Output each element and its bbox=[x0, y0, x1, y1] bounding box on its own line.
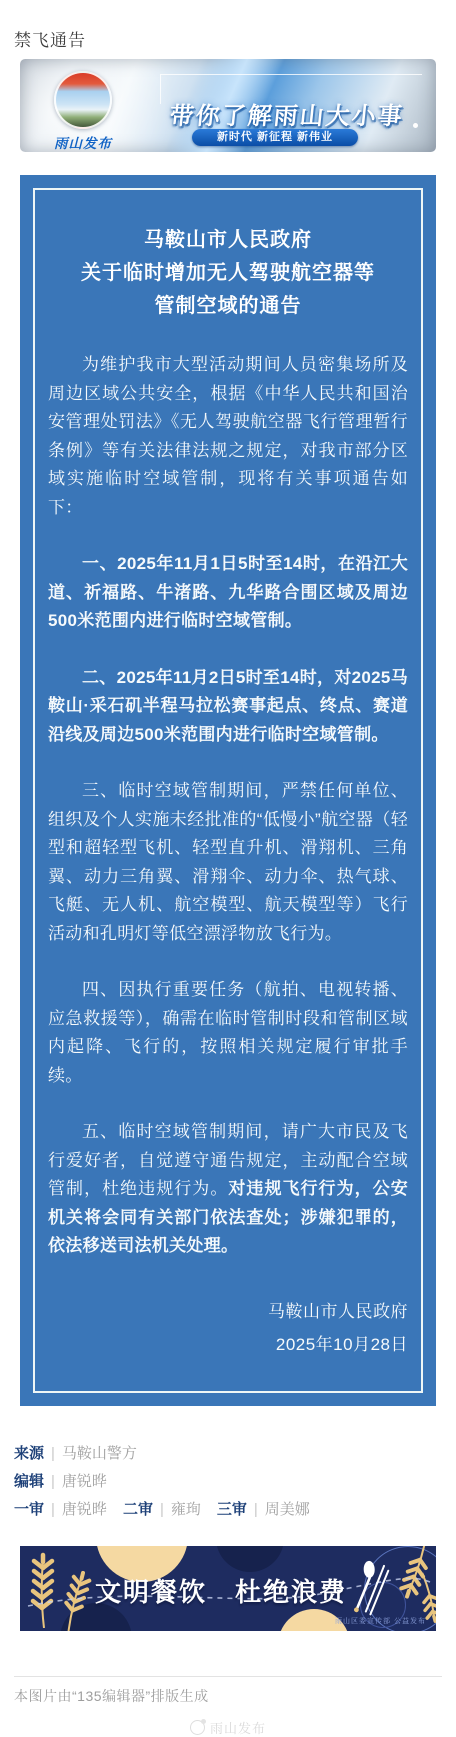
meta-editor-value: 唐锐晔 bbox=[62, 1468, 107, 1496]
notice-intro-paragraph: 为维护我市大型活动期间人员密集场所及周边区域公共安全，根据《中华人民共和国治安管… bbox=[48, 351, 408, 522]
hero-logo-label: 雨山发布 bbox=[44, 132, 122, 152]
meta-separator: | bbox=[51, 1440, 55, 1468]
meta-review3-label: 三审 bbox=[217, 1496, 247, 1524]
meta-review3-value: 周美娜 bbox=[265, 1496, 310, 1524]
signature-authority: 马鞍山市人民政府 bbox=[48, 1295, 408, 1328]
meta-source-row: 来源 | 马鞍山警方 bbox=[14, 1440, 442, 1468]
notice-item-3: 三、临时空域管制期间，严禁任何单位、组织及个人实施未经批准的“低慢小”航空器（轻… bbox=[48, 777, 408, 948]
hero-banner: 雨山发布 带你了解雨山大小事 新时代 新征程 新伟业 bbox=[20, 59, 436, 152]
notice-item-1: 一、2025年11月1日5时至14时，在沿江大道、祈福路、牛渚路、九华路合围区域… bbox=[48, 550, 408, 636]
notice-title-line3: 管制空域的通告 bbox=[48, 290, 408, 323]
watermark: 雨山发布 bbox=[0, 1718, 456, 1737]
meta-review1-value: 唐锐晔 bbox=[62, 1496, 107, 1524]
meta-review2-label: 二审 bbox=[123, 1496, 153, 1524]
hero-slogan: 带你了解雨山大小事 bbox=[168, 96, 406, 131]
notice-item-2: 二、2025年11月2日5时至14时，对2025马鞍山·采石矶半程马拉松赛事起点… bbox=[48, 664, 408, 750]
hero-dot-decoration bbox=[413, 123, 418, 128]
yushan-release-logo-icon bbox=[54, 71, 112, 129]
meta-editor-label: 编辑 bbox=[14, 1468, 44, 1496]
psa-slogan: 文明餐饮 杜绝浪费 bbox=[20, 1572, 422, 1609]
meta-separator: | bbox=[51, 1468, 55, 1496]
watermark-text: 雨山发布 bbox=[210, 1718, 266, 1737]
article-meta: 来源 | 马鞍山警方 编辑 | 唐锐晔 一审 | 唐锐晔 二审 | 雍珣 三审 … bbox=[14, 1440, 442, 1524]
meta-review1-label: 一审 bbox=[14, 1496, 44, 1524]
notice-title-line2: 关于临时增加无人驾驶航空器等 bbox=[48, 257, 408, 290]
article-page: 禁飞通告 雨山发布 带你了解雨山大小事 新时代 新征程 新伟业 马鞍山市人民政府… bbox=[0, 26, 456, 1737]
watermark-logo-icon bbox=[190, 1720, 205, 1735]
meta-review2-value: 雍珣 bbox=[171, 1496, 201, 1524]
meta-separator: | bbox=[51, 1496, 55, 1524]
notice-item-5: 五、临时空域管制期间，请广大市民及飞行爱好者，自觉遵守通告规定，主动配合空域管制… bbox=[48, 1118, 408, 1261]
layout-credit: 本图片由“135编辑器”排版生成 bbox=[14, 1686, 456, 1706]
meta-separator: | bbox=[254, 1496, 258, 1524]
notice-title: 马鞍山市人民政府 关于临时增加无人驾驶航空器等 管制空域的通告 bbox=[48, 224, 408, 323]
signature-date: 2025年10月28日 bbox=[48, 1328, 408, 1361]
meta-editor-row: 编辑 | 唐锐晔 bbox=[14, 1468, 442, 1496]
footer-divider bbox=[14, 1676, 442, 1677]
meta-source-value: 马鞍山警方 bbox=[62, 1440, 137, 1468]
notice-item-4: 四、因执行重要任务（航拍、电视转播、应急救援等），确需在临时管制时段和管制区域内… bbox=[48, 976, 408, 1090]
psa-caption: 雨山区委宣传部 公益发布 bbox=[335, 1616, 426, 1626]
notice-title-line1: 马鞍山市人民政府 bbox=[48, 224, 408, 257]
notice-box: 马鞍山市人民政府 关于临时增加无人驾驶航空器等 管制空域的通告 为维护我市大型活… bbox=[20, 175, 436, 1406]
psa-banner: 文明餐饮 杜绝浪费 雨山区委宣传部 公益发布 bbox=[20, 1546, 436, 1631]
notice-signature: 马鞍山市人民政府 2025年10月28日 bbox=[48, 1295, 408, 1361]
hero-tagline-pill: 新时代 新征程 新伟业 bbox=[192, 129, 358, 146]
page-title: 禁飞通告 bbox=[14, 26, 456, 51]
meta-source-label: 来源 bbox=[14, 1440, 44, 1468]
notice-inner-frame: 马鞍山市人民政府 关于临时增加无人驾驶航空器等 管制空域的通告 为维护我市大型活… bbox=[33, 188, 423, 1393]
meta-separator: | bbox=[160, 1496, 164, 1524]
meta-review-row: 一审 | 唐锐晔 二审 | 雍珣 三审 | 周美娜 bbox=[14, 1496, 442, 1524]
